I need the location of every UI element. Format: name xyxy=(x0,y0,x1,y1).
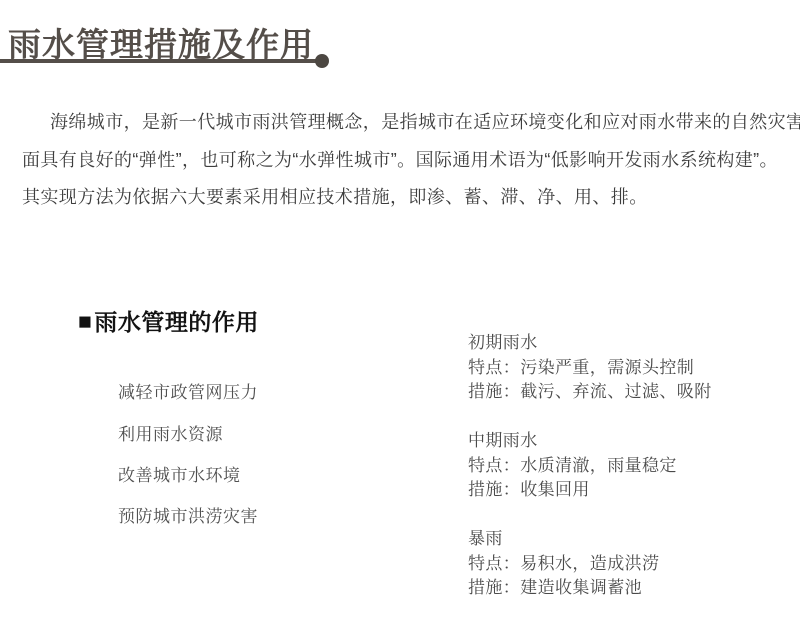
stage-group-storm: 暴雨 特点：易积水，造成洪涝 措施：建造收集调蓄池 xyxy=(468,527,659,601)
slide-page: 雨水管理措施及作用 海绵城市，是新一代城市雨洪管理概念，是指城市在适应环境变化和… xyxy=(0,0,800,619)
intro-line: 其实现方法为依据六大要素采用相应技术措施，即渗、蓄、滞、净、用、排。 xyxy=(22,179,794,217)
intro-paragraph: 海绵城市，是新一代城市雨洪管理概念，是指城市在适应环境变化和应对雨水带来的自然灾… xyxy=(22,104,794,217)
benefit-item: 预防城市洪涝灾害 xyxy=(118,502,258,527)
intro-line: 海绵城市，是新一代城市雨洪管理概念，是指城市在适应环境变化和应对雨水带来的自然灾… xyxy=(22,104,794,142)
square-bullet-icon: ■ xyxy=(78,308,92,335)
benefit-item: 利用雨水资源 xyxy=(118,420,223,445)
stage-feature: 特点：污染严重，需源头控制 xyxy=(468,356,712,381)
stage-feature: 特点：水质清澈，雨量稳定 xyxy=(468,454,677,479)
stage-measure: 措施：收集回用 xyxy=(468,478,677,503)
title-underline xyxy=(0,59,320,63)
page-header: 雨水管理措施及作用 xyxy=(0,0,800,90)
stage-name: 初期雨水 xyxy=(468,331,712,356)
stage-group-early-rain: 初期雨水 特点：污染严重，需源头控制 措施：截污、弃流、过滤、吸附 xyxy=(468,331,712,405)
benefit-item: 减轻市政管网压力 xyxy=(118,378,258,403)
intro-line: 面具有良好的“弹性”，也可称之为“水弹性城市”。国际通用术语为“低影响开发雨水系… xyxy=(22,142,794,180)
section-heading: ■雨水管理的作用 xyxy=(78,304,259,337)
stage-group-mid-rain: 中期雨水 特点：水质清澈，雨量稳定 措施：收集回用 xyxy=(468,429,677,503)
stage-measure: 措施：截污、弃流、过滤、吸附 xyxy=(468,380,712,405)
stage-name: 暴雨 xyxy=(468,527,659,552)
stage-measure: 措施：建造收集调蓄池 xyxy=(468,576,659,601)
stage-feature: 特点：易积水，造成洪涝 xyxy=(468,552,659,577)
benefit-item: 改善城市水环境 xyxy=(118,461,241,486)
stage-name: 中期雨水 xyxy=(468,429,677,454)
underline-dot-icon xyxy=(315,54,329,68)
section-heading-label: 雨水管理的作用 xyxy=(94,309,259,335)
